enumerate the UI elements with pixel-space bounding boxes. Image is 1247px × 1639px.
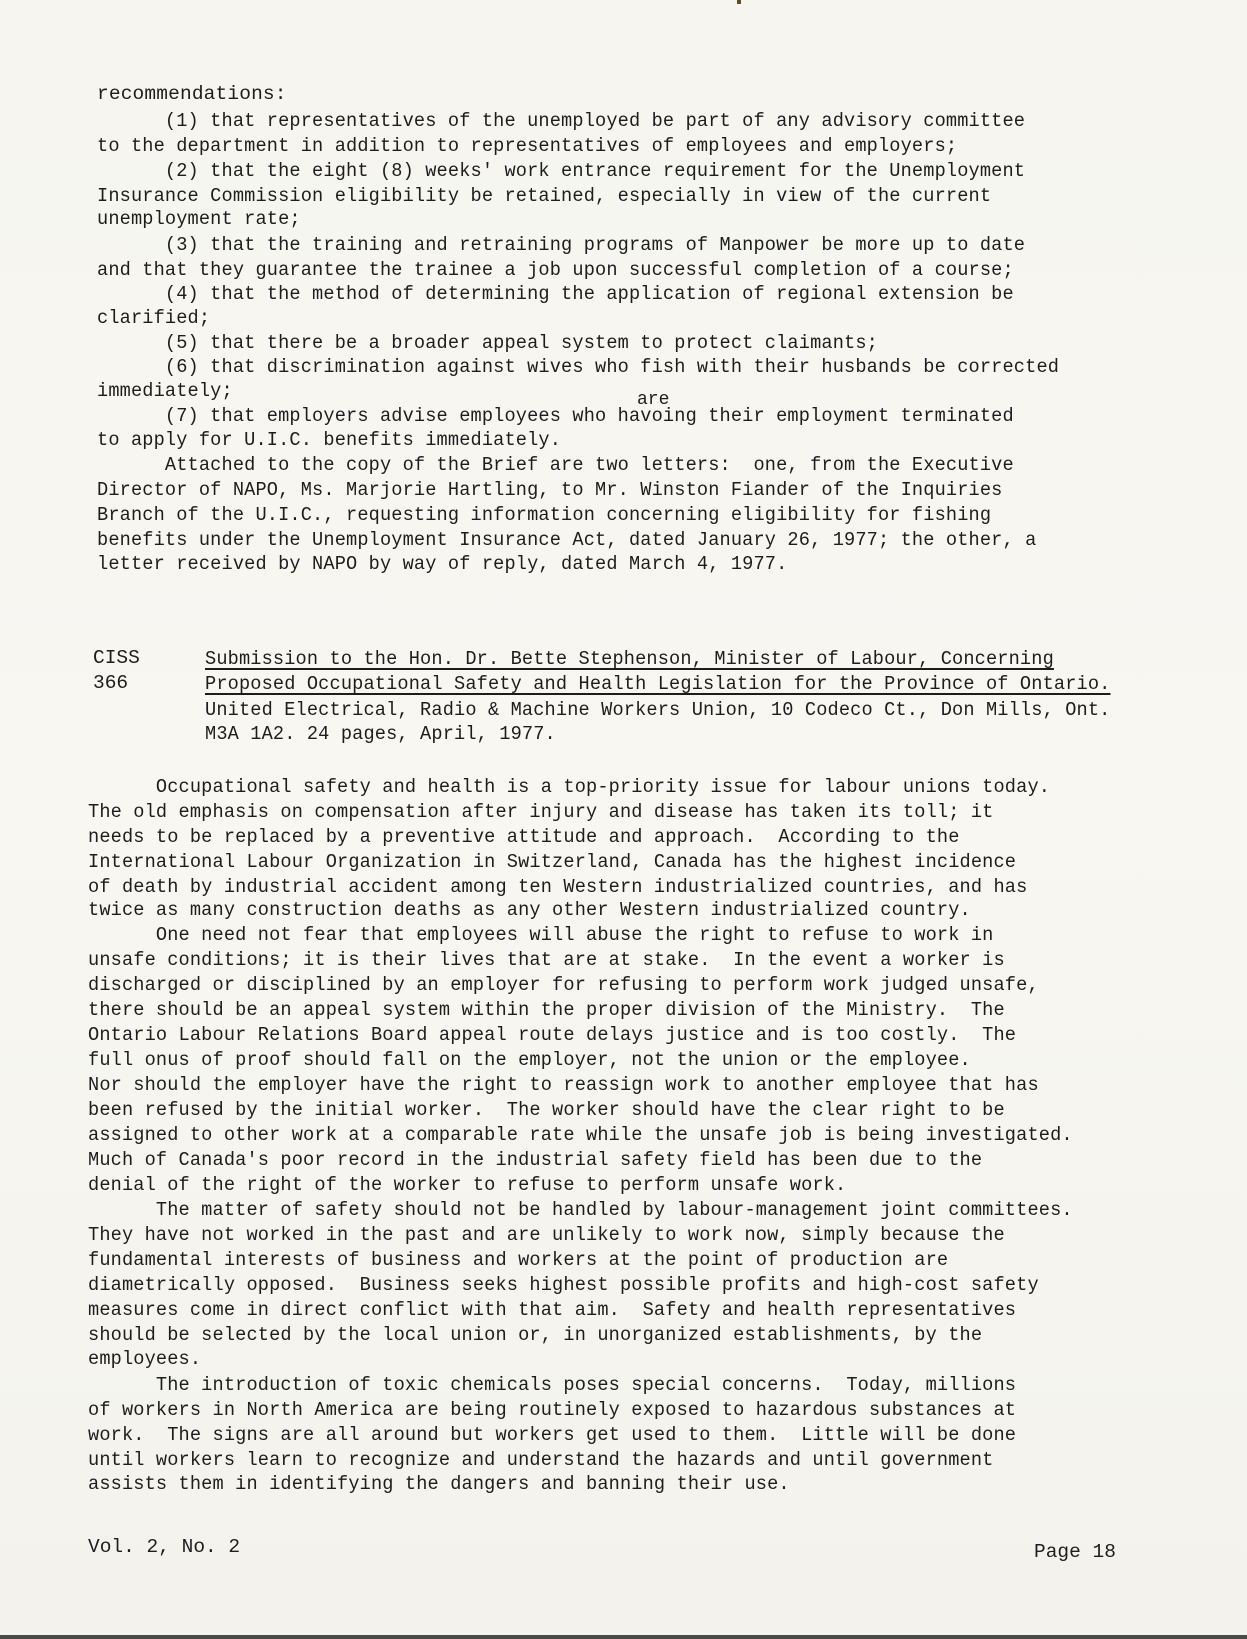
body-line: The introduction of toxic chemicals pose… (88, 1373, 1016, 1397)
paragraph-line: Attached to the copy of the Brief are tw… (97, 453, 1014, 477)
body-line: The matter of safety should not be handl… (88, 1198, 1073, 1222)
paragraph-line: letter received by NAPO by way of reply,… (97, 552, 787, 576)
body-line: Much of Canada's poor record in the indu… (88, 1148, 982, 1172)
recommendations-intro: recommendations: (97, 82, 287, 106)
recommendation-line: and that they guarantee the trainee a jo… (97, 258, 1014, 282)
body-line: diametrically opposed. Business seeks hi… (88, 1273, 1039, 1297)
entry-citation-line: United Electrical, Radio & Machine Worke… (205, 698, 1110, 722)
body-line: should be selected by the local union or… (88, 1323, 982, 1347)
recommendation-line: Insurance Commission eligibility be reta… (97, 184, 991, 208)
footer-volume: Vol. 2, No. 2 (88, 1536, 240, 1558)
recommendation-line: to apply for U.I.C. benefits immediately… (97, 428, 561, 452)
body-line: Nor should the employer have the right t… (88, 1073, 1039, 1097)
body-line: full onus of proof should fall on the em… (88, 1048, 971, 1072)
recommendation-line: to the department in addition to represe… (97, 134, 957, 158)
scan-mark (737, 0, 741, 4)
body-line: been refused by the initial worker. The … (88, 1098, 1005, 1122)
recommendation-line: (5) that there be a broader appeal syste… (97, 331, 878, 355)
entry-number: 366 (93, 671, 128, 695)
entry-code: CISS (93, 646, 140, 670)
body-line: assigned to other work at a comparable r… (88, 1123, 1073, 1147)
body-line: twice as many construction deaths as any… (88, 898, 971, 922)
body-line: there should be an appeal system within … (88, 998, 1005, 1022)
body-line: Occupational safety and health is a top-… (88, 775, 1050, 799)
body-line: One need not fear that employees will ab… (88, 923, 993, 947)
document-page: recommendations: (1) that representative… (0, 0, 1247, 1639)
body-line: They have not worked in the past and are… (88, 1223, 1005, 1247)
recommendation-line: (7) that employers advise employees who … (97, 404, 1014, 428)
body-line: until workers learn to recognize and und… (88, 1448, 993, 1472)
paragraph-line: Director of NAPO, Ms. Marjorie Hartling,… (97, 478, 1002, 502)
body-line: work. The signs are all around but worke… (88, 1423, 1016, 1447)
entry-citation-line: M3A 1A2. 24 pages, April, 1977. (205, 722, 556, 746)
body-line: unsafe conditions; it is their lives tha… (88, 948, 1005, 972)
body-line: Ontario Labour Relations Board appeal ro… (88, 1023, 1016, 1047)
recommendation-line: (2) that the eight (8) weeks' work entra… (97, 159, 1025, 183)
entry-title-line: Submission to the Hon. Dr. Bette Stephen… (205, 647, 1054, 671)
paragraph-line: benefits under the Unemployment Insuranc… (97, 528, 1036, 552)
recommendation-line: (4) that the method of determining the a… (97, 282, 1014, 306)
body-line: discharged or disciplined by an employer… (88, 973, 1039, 997)
body-line: The old emphasis on compensation after i… (88, 800, 993, 824)
recommendation-line: (3) that the training and retraining pro… (97, 233, 1025, 257)
recommendation-line: (1) that representatives of the unemploy… (97, 109, 1025, 133)
body-line: fundamental interests of business and wo… (88, 1248, 948, 1272)
paragraph-line: Branch of the U.I.C., requesting informa… (97, 503, 991, 527)
body-line: assists them in identifying the dangers … (88, 1472, 790, 1496)
body-line: denial of the right of the worker to ref… (88, 1173, 846, 1197)
body-line: International Labour Organization in Swi… (88, 850, 1016, 874)
recommendation-line: unemployment rate; (97, 207, 301, 231)
entry-title-line: Proposed Occupational Safety and Health … (205, 672, 1110, 696)
body-line: of workers in North America are being ro… (88, 1398, 1016, 1422)
footer-page-number: Page 18 (1034, 1541, 1116, 1563)
recommendation-line: clarified; (97, 306, 210, 330)
page-bottom-edge (0, 1635, 1247, 1639)
body-line: measures come in direct conflict with th… (88, 1298, 1016, 1322)
body-line: of death by industrial accident among te… (88, 875, 1027, 899)
recommendation-line: immediately; (97, 379, 233, 403)
body-line: needs to be replaced by a preventive att… (88, 825, 960, 849)
recommendation-line: (6) that discrimination against wives wh… (97, 355, 1059, 379)
body-line: employees. (88, 1347, 201, 1371)
